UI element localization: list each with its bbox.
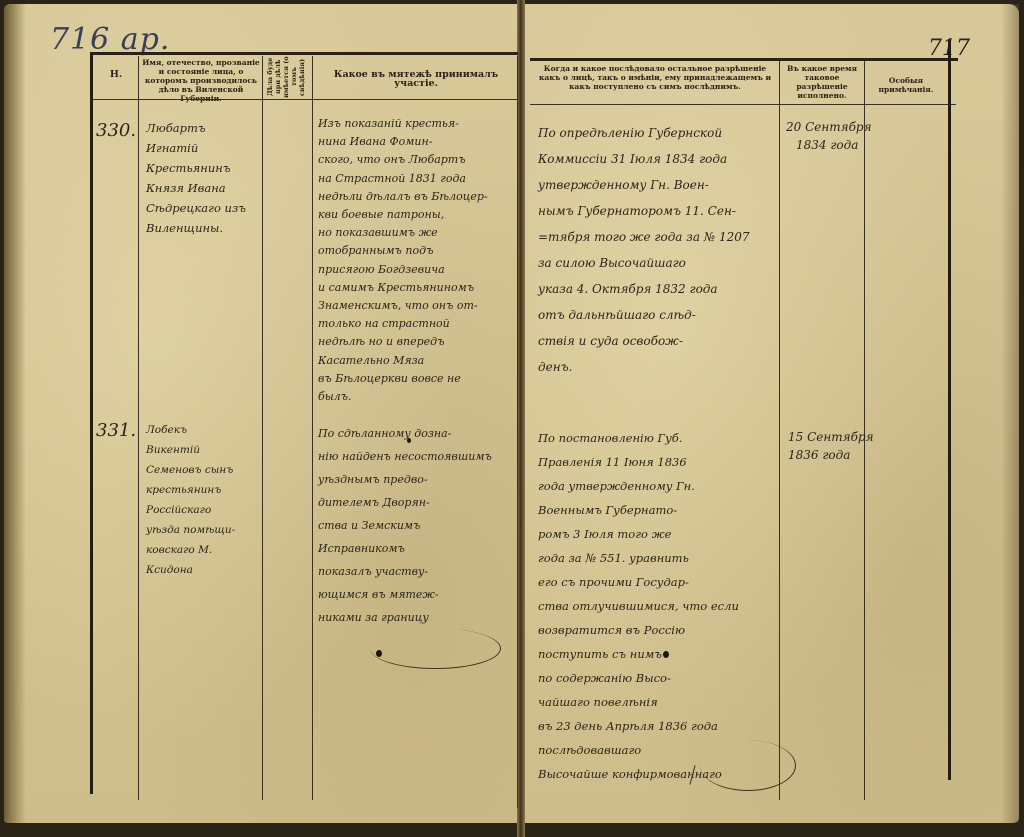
text-line: года за № 551. уравнить: [538, 546, 739, 570]
name-line: Россійскаго: [146, 500, 235, 520]
row-number: 330.: [96, 120, 136, 141]
text-line: нымъ Губернаторомъ 11. Сен-: [538, 198, 750, 224]
row-executed-cell: 20 Сентября 1834 года: [786, 118, 872, 154]
text-line: Исправникомъ: [318, 537, 492, 560]
row-resolution-cell: По постановленію Губ. Правленія 11 Іюня …: [538, 426, 739, 786]
name-line: Крестьянинъ: [146, 158, 246, 178]
ink-blot: [663, 651, 669, 658]
col-divider-vertical: [312, 56, 313, 800]
text-line: ства и Земскимъ: [318, 514, 492, 537]
text-line: и самимъ Крестьяниномъ: [318, 279, 488, 297]
text-line: года утвержденному Гн.: [538, 474, 739, 498]
text-line: присягою Богдзевича: [318, 261, 488, 279]
text-line: По опредѣленію Губернской: [538, 120, 750, 146]
table-top-rule-left: [92, 52, 518, 55]
name-line: Виленщины.: [146, 218, 246, 238]
text-line: ского, что онъ Любартъ: [318, 151, 488, 169]
text-line: указа 4. Октября 1832 года: [538, 276, 750, 302]
text-line: въ 23 день Апрѣля 1836 года: [538, 714, 739, 738]
ink-flourish: [370, 628, 501, 669]
book-gutter: [517, 0, 525, 837]
page-edge-stain: [4, 4, 26, 823]
name-line: Сѣдрецкаго изъ: [146, 198, 246, 218]
header-vertical: Дѣла буде при дѣлѣ имѣется (о томъ свѣдѣ…: [266, 56, 310, 98]
text-line: Военнымъ Губернато-: [538, 498, 739, 522]
text-line: По постановленію Губ.: [538, 426, 739, 450]
ink-flourish: [700, 740, 796, 791]
header-notes: Особыя примѣчанiя.: [866, 76, 946, 94]
right-outer-border: [948, 40, 951, 780]
row-participation-cell: По сдѣланному дозна- нію найденъ несосто…: [318, 422, 492, 629]
text-line: утвержденному Гн. Воен-: [538, 172, 750, 198]
header-num: Н.: [95, 70, 137, 79]
text-line: недѣли дѣлалъ въ Бѣлоцер-: [318, 188, 488, 206]
text-line: 1834 года: [786, 136, 872, 154]
left-outer-border: [90, 52, 93, 794]
text-line: только на страстной: [318, 315, 488, 333]
text-line: чайшаго повелѣнія: [538, 690, 739, 714]
row-name-cell: Любартъ Игнатiй Крестьянинъ Князя Ивана …: [146, 118, 246, 238]
text-line: =тября того же года за № 1207: [538, 224, 750, 250]
text-line: денъ.: [538, 354, 750, 380]
text-line: уѣзднымъ предво-: [318, 468, 492, 491]
col-divider-resolution: [779, 60, 780, 800]
name-line: уѣзда помѣщи-: [146, 520, 235, 540]
text-line: никами за границу: [318, 606, 492, 629]
header-participation: Какое въ мятежѣ принималъ участiе.: [316, 70, 516, 88]
page-edge-shade: [1001, 4, 1019, 823]
name-line: Викентій: [146, 440, 235, 460]
header-bottom-rule-right: [530, 104, 956, 105]
text-line: 1836 года: [788, 446, 874, 464]
name-line: Игнатiй: [146, 138, 246, 158]
text-line: Знаменскимъ, что онъ от-: [318, 297, 488, 315]
text-line: отобраннымъ подъ: [318, 242, 488, 260]
text-line: Касательно Мяза: [318, 352, 488, 370]
text-line: но показавшимъ же: [318, 224, 488, 242]
header-executed: Въ какое время таковое разрѣшенiе исполн…: [782, 64, 862, 100]
text-line: въ Бѣлоцеркви вовсе не: [318, 370, 488, 388]
name-line: ковскаго М.: [146, 540, 235, 560]
text-line: нина Ивана Фомин-: [318, 133, 488, 151]
col-divider-num: [138, 56, 139, 800]
text-line: ства отлучившимися, что если: [538, 594, 739, 618]
text-line: нію найденъ несостоявшимъ: [318, 445, 492, 468]
table-top-rule-right: [530, 58, 958, 61]
row-executed-cell: 15 Сентября 1836 года: [788, 428, 874, 464]
text-line: поступить съ нимъ: [538, 642, 739, 666]
text-line: возвратится въ Россію: [538, 618, 739, 642]
ink-blot: [407, 438, 411, 443]
text-line: 15 Сентября: [788, 428, 874, 446]
header-name: Имя, отечество, прозванiе и состоянiе ли…: [141, 58, 261, 103]
name-line: Князя Ивана: [146, 178, 246, 198]
col-divider-name: [262, 56, 263, 800]
text-line: Изъ показаній крестья-: [318, 115, 488, 133]
row-number: 331.: [96, 420, 136, 441]
row-name-cell: Лобекъ Викентій Семеновъ сынъ крестьянин…: [146, 420, 235, 580]
text-line: за силою Высочайшаго: [538, 250, 750, 276]
name-line: Лобекъ: [146, 420, 235, 440]
header-resolution: Когда и какое послѣдовало остальное разр…: [532, 64, 778, 91]
text-line: отъ дальнѣйшаго слѣд-: [538, 302, 750, 328]
text-line: ствія и суда освобож-: [538, 328, 750, 354]
text-line: на Страстной 1831 года: [318, 170, 488, 188]
text-line: Коммиссіи 31 Іюля 1834 года: [538, 146, 750, 172]
text-line: дителемъ Дворян-: [318, 491, 492, 514]
row-participation-cell: Изъ показаній крестья- нина Ивана Фомин-…: [318, 115, 488, 406]
text-line: былъ.: [318, 388, 488, 406]
name-line: Ксидона: [146, 560, 235, 580]
row-resolution-cell: По опредѣленію Губернской Коммиссіи 31 І…: [538, 120, 750, 380]
text-line: Правленія 11 Іюня 1836: [538, 450, 739, 474]
name-line: Семеновъ сынъ: [146, 460, 235, 480]
col-divider-participation: [517, 56, 518, 808]
text-line: кви боевые патроны,: [318, 206, 488, 224]
text-line: показалъ участву-: [318, 560, 492, 583]
name-line: Любартъ: [146, 118, 246, 138]
name-line: крестьянинъ: [146, 480, 235, 500]
text-line: его съ прочими Государ-: [538, 570, 739, 594]
text-line: По сдѣланному дозна-: [318, 422, 492, 445]
scanned-register-spread: 716 ар. 717 Н. Имя, отечество, прозванiе…: [0, 0, 1024, 837]
text-line: по содержанію Высо-: [538, 666, 739, 690]
text-line: ромъ 3 Іюля того же: [538, 522, 739, 546]
ink-blot: [376, 650, 382, 657]
text-line: ющимся въ мятеж-: [318, 583, 492, 606]
text-line: недѣлѣ но и впередъ: [318, 333, 488, 351]
text-line: 20 Сентября: [786, 118, 872, 136]
